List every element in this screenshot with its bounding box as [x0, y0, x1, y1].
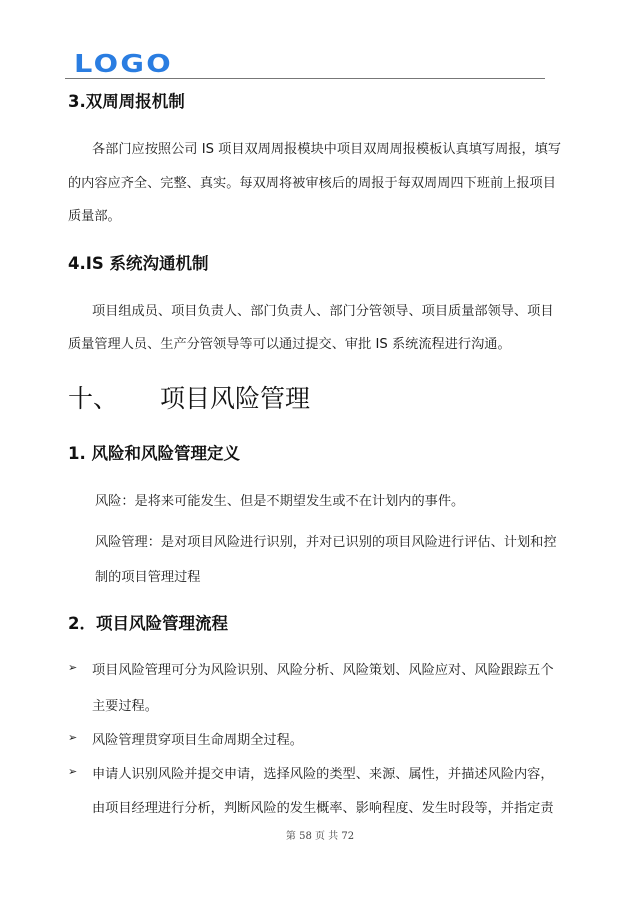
- logo: LOGO: [74, 52, 173, 76]
- page-number-footer: 第 58 页 共 72: [0, 827, 640, 842]
- arrow-bullet-icon: ➢: [68, 661, 77, 674]
- paragraph-line: 制的项目管理过程: [95, 566, 201, 585]
- paragraph-line: 风险管理：是对项目风险进行识别，并对已识别的项目风险进行评估、计划和控: [95, 531, 557, 550]
- subsection-1-heading: 1. 风险和风险管理定义: [68, 440, 240, 464]
- section-4-heading: 4.IS 系统沟通机制: [68, 250, 209, 274]
- subsection-2-heading: 2．项目风险管理流程: [68, 610, 228, 634]
- list-item-line: 项目风险管理可分为风险识别、风险分析、风险策划、风险应对、风险跟踪五个: [92, 659, 554, 678]
- risk-definition: 风险：是将来可能发生、但是不期望发生或不在计划内的事件。: [95, 490, 464, 509]
- list-item-line: 申请人识别风险并提交申请，选择风险的类型、来源、属性，并描述风险内容，: [92, 763, 554, 782]
- section-3-heading: 3.双周周报机制: [68, 88, 185, 112]
- paragraph-line: 各部门应按照公司 IS 项目双周周报模块中项目双周周报模板认真填写周报，填写: [92, 138, 561, 157]
- paragraph-line: 质量管理人员、生产分管领导等可以通过提交、审批 IS 系统流程进行沟通。: [68, 333, 511, 352]
- list-item-line: 由项目经理进行分析，判断风险的发生概率、影响程度、发生时段等，并指定责: [92, 797, 554, 816]
- chapter-heading: 十、项目风险管理: [68, 379, 310, 415]
- list-item-line: 风险管理贯穿项目生命周期全过程。: [92, 729, 303, 748]
- arrow-bullet-icon: ➢: [68, 765, 77, 778]
- chapter-number: 十、: [68, 384, 118, 413]
- list-item-line: 主要过程。: [92, 695, 158, 714]
- paragraph-line: 的内容应齐全、完整、真实。每双周将被审核后的周报于每双周周四下班前上报项目: [68, 172, 556, 191]
- paragraph-line: 项目组成员、项目负责人、部门负责人、部门分管领导、项目质量部领导、项目: [92, 300, 554, 319]
- header-divider: [65, 78, 545, 79]
- paragraph-line: 质量部。: [68, 205, 121, 224]
- arrow-bullet-icon: ➢: [68, 731, 77, 744]
- chapter-title: 项目风险管理: [160, 384, 310, 413]
